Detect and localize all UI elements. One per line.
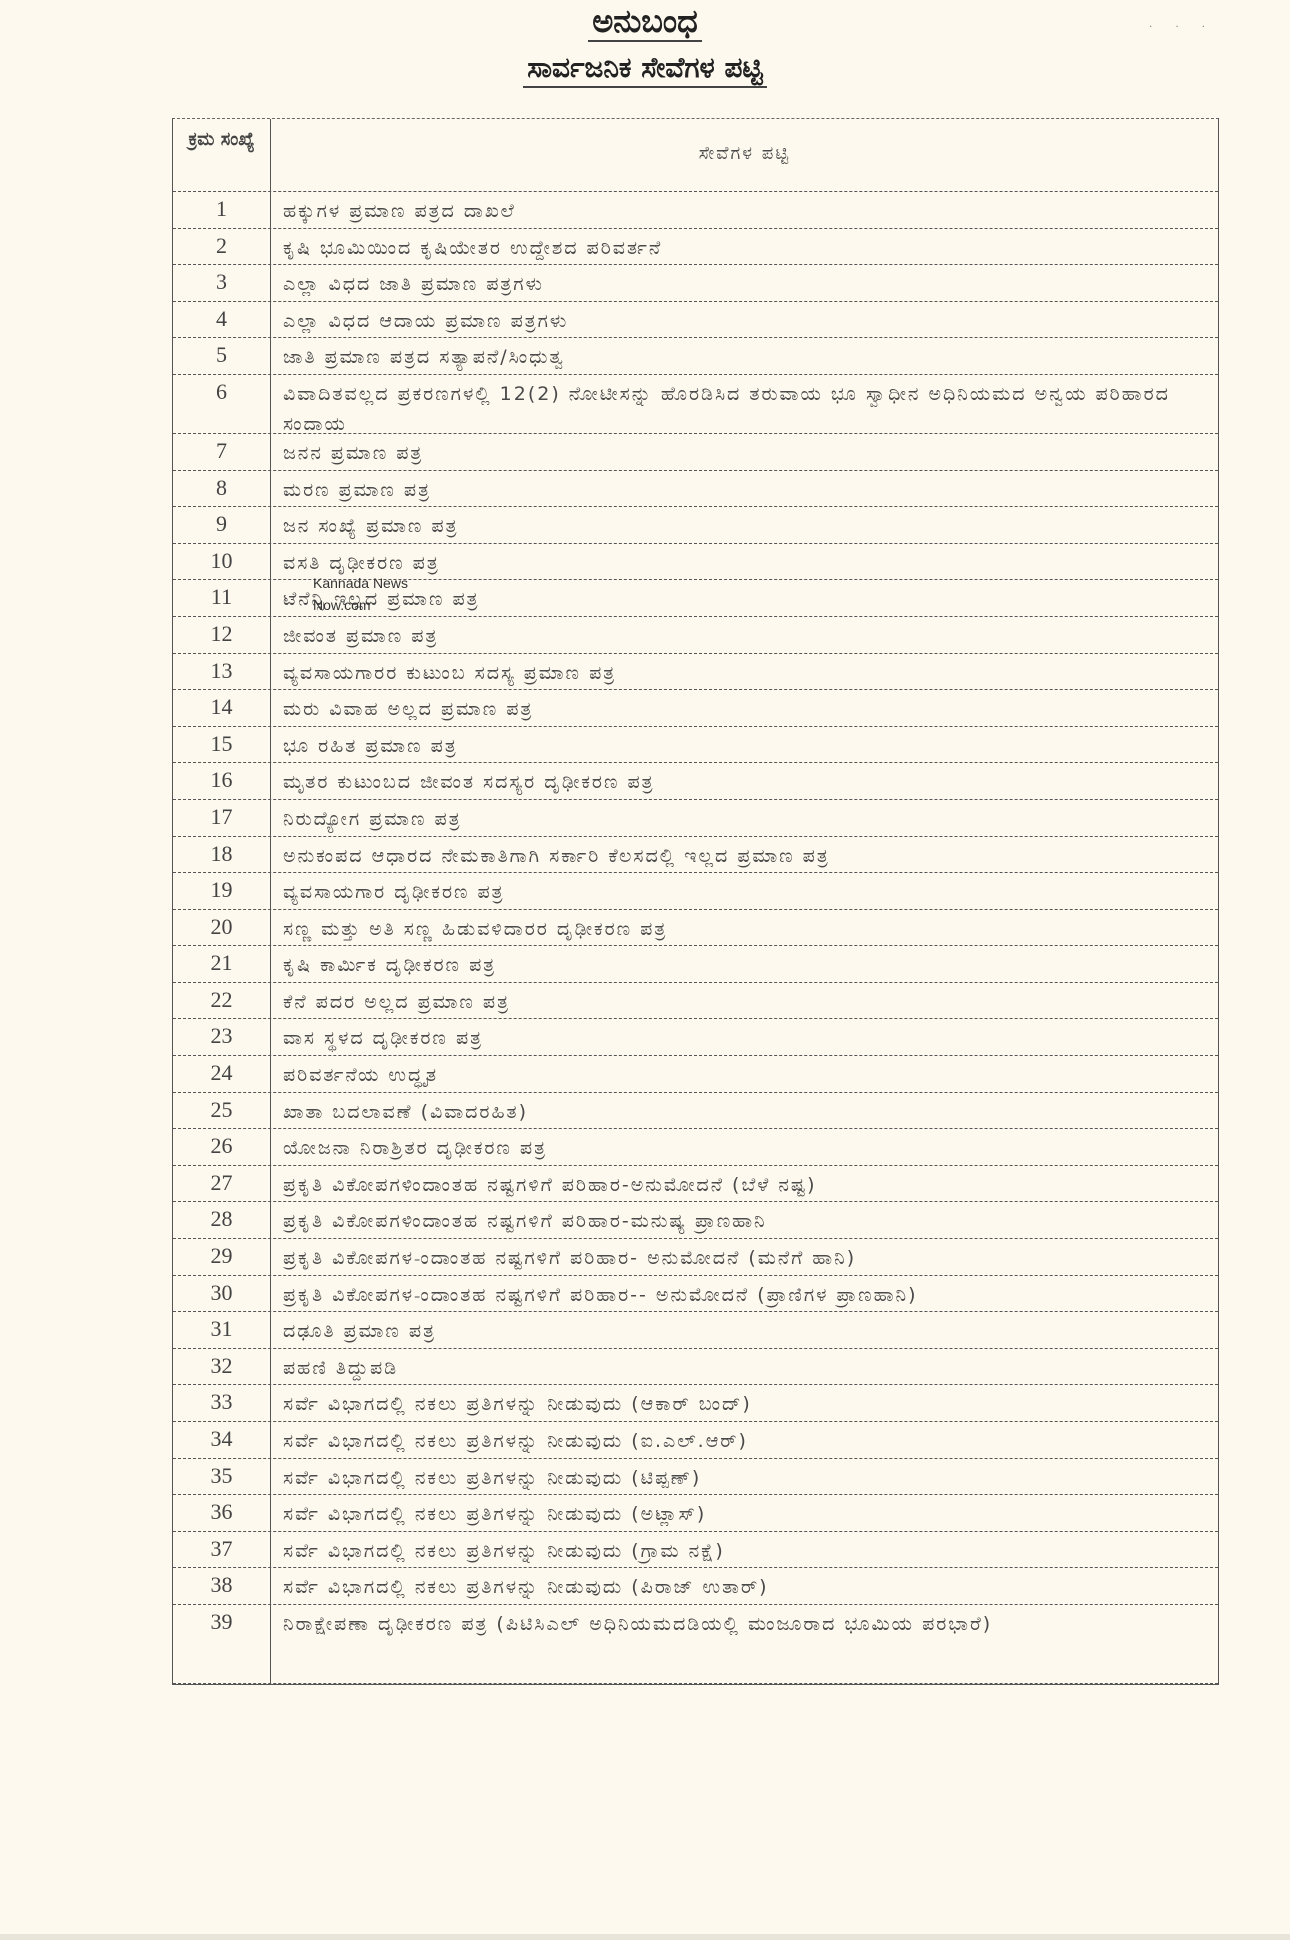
service-name: ನಿರುದ್ಯೋಗ ಪ್ರಮಾಣ ಪತ್ರ: [271, 800, 1218, 836]
watermark-line-2: Now.com: [313, 594, 408, 616]
table-row: 23ವಾಸ ಸ್ಥಳದ ದೃಢೀಕರಣ ಪತ್ರ: [173, 1019, 1218, 1056]
table-row: 30ಪ್ರಕೃತಿ ವಿಕೋಪಗಳ-ಂದಾಂತಹ ನಷ್ಟಗಳಿಗೆ ಪರಿಹಾ…: [173, 1276, 1218, 1313]
serial-number: 23: [173, 1019, 271, 1055]
table-row: 24ಪರಿವರ್ತನೆಯ ಉದ್ಧೃತ: [173, 1056, 1218, 1093]
table-row: 14ಮರು ವಿವಾಹ ಅಲ್ಲದ ಪ್ರಮಾಣ ಪತ್ರ: [173, 690, 1218, 727]
table-row: 1ಹಕ್ಕುಗಳ ಪ್ರಮಾಣ ಪತ್ರದ ದಾಖಲೆ: [173, 192, 1218, 229]
service-name: ಕೃಷಿ ಭೂಮಿಯಿಂದ ಕೃಷಿಯೇತರ ಉದ್ದೇಶದ ಪರಿವರ್ತನೆ: [271, 229, 1218, 265]
serial-number: 37: [173, 1532, 271, 1568]
serial-number: 29: [173, 1239, 271, 1275]
table-row: 25ಖಾತಾ ಬದಲಾವಣೆ (ವಿವಾದರಹಿತ): [173, 1093, 1218, 1130]
table-row: 2ಕೃಷಿ ಭೂಮಿಯಿಂದ ಕೃಷಿಯೇತರ ಉದ್ದೇಶದ ಪರಿವರ್ತನ…: [173, 229, 1218, 266]
table-row: 9ಜನ ಸಂಖ್ಯೆ ಪ್ರಮಾಣ ಪತ್ರ: [173, 507, 1218, 544]
service-name: ಜನನ ಪ್ರಮಾಣ ಪತ್ರ: [271, 434, 1218, 470]
serial-number: 15: [173, 727, 271, 763]
table-row: 35ಸರ್ವೆ ವಿಭಾಗದಲ್ಲಿ ನಕಲು ಪ್ರತಿಗಳನ್ನು ನೀಡು…: [173, 1459, 1218, 1496]
service-name: ಭೂ ರಹಿತ ಪ್ರಮಾಣ ಪತ್ರ: [271, 727, 1218, 763]
table-row: 39ನಿರಾಕ್ಷೇಪಣಾ ದೃಢೀಕರಣ ಪತ್ರ (ಪಿಟಿಸಿಎಲ್ ಅಧ…: [173, 1605, 1218, 1684]
serial-number: 6: [173, 375, 271, 433]
service-name: ಸರ್ವೆ ವಿಭಾಗದಲ್ಲಿ ನಕಲು ಪ್ರತಿಗಳನ್ನು ನೀಡುವು…: [271, 1495, 1218, 1531]
page-bottom-edge: [0, 1934, 1290, 1940]
serial-number: 33: [173, 1385, 271, 1421]
table-row: 18ಅನುಕಂಪದ ಆಧಾರದ ನೇಮಕಾತಿಗಾಗಿ ಸರ್ಕಾರಿ ಕೆಲಸ…: [173, 837, 1218, 874]
document-subtitle: ಸಾರ್ವಜನಿಕ ಸೇವೆಗಳ ಪಟ್ಟಿ: [0, 50, 1290, 88]
service-name: ಕೆನೆ ಪದರ ಅಲ್ಲದ ಪ್ರಮಾಣ ಪತ್ರ: [271, 983, 1218, 1019]
serial-number: 26: [173, 1129, 271, 1165]
subtitle-text: ಸಾರ್ವಜನಿಕ ಸೇವೆಗಳ ಪಟ್ಟಿ: [523, 50, 766, 88]
service-name: ಟೆನೆನ್ಸಿ ಇಲ್ಲದ ಪ್ರಮಾಣ ಪತ್ರ: [271, 580, 1218, 616]
serial-number: 18: [173, 837, 271, 873]
serial-number: 27: [173, 1166, 271, 1202]
header-serial-number: ಕ್ರಮ ಸಂಖ್ಯೆ: [173, 119, 271, 191]
serial-number: 2: [173, 229, 271, 265]
service-name: ಜನ ಸಂಖ್ಯೆ ಪ್ರಮಾಣ ಪತ್ರ: [271, 507, 1218, 543]
service-name: ಕೃಷಿ ಕಾರ್ಮಿಕ ದೃಢೀಕರಣ ಪತ್ರ: [271, 946, 1218, 982]
table-row: 7ಜನನ ಪ್ರಮಾಣ ಪತ್ರ: [173, 434, 1218, 471]
serial-number: 28: [173, 1202, 271, 1238]
serial-number: 12: [173, 617, 271, 653]
services-table: ಕ್ರಮ ಸಂಖ್ಯೆ ಸೇವೆಗಳ ಪಟ್ಟಿ 1ಹಕ್ಕುಗಳ ಪ್ರಮಾಣ…: [172, 118, 1219, 1685]
table-row: 34ಸರ್ವೆ ವಿಭಾಗದಲ್ಲಿ ನಕಲು ಪ್ರತಿಗಳನ್ನು ನೀಡು…: [173, 1422, 1218, 1459]
table-row: 20ಸಣ್ಣ ಮತ್ತು ಅತಿ ಸಣ್ಣ ಹಿಡುವಳಿದಾರರ ದೃಢೀಕರ…: [173, 910, 1218, 947]
serial-number: 31: [173, 1312, 271, 1348]
serial-number: 10: [173, 544, 271, 580]
service-name: ವಿವಾದಿತವಲ್ಲದ ಪ್ರಕರಣಗಳಲ್ಲಿ 12(2) ನೋಟೀಸನ್ನ…: [271, 375, 1218, 433]
serial-number: 9: [173, 507, 271, 543]
table-row: 28ಪ್ರಕೃತಿ ವಿಕೋಪಗಳಿಂದಾಂತಹ ನಷ್ಟಗಳಿಗೆ ಪರಿಹಾ…: [173, 1202, 1218, 1239]
service-name: ನಿರಾಕ್ಷೇಪಣಾ ದೃಢೀಕರಣ ಪತ್ರ (ಪಿಟಿಸಿಎಲ್ ಅಧಿನ…: [271, 1605, 1218, 1683]
serial-number: 32: [173, 1349, 271, 1385]
service-name: ಪ್ರಕೃತಿ ವಿಕೋಪಗಳ-ಂದಾಂತಹ ನಷ್ಟಗಳಿಗೆ ಪರಿಹಾರ-…: [271, 1239, 1218, 1275]
serial-number: 14: [173, 690, 271, 726]
service-name: ಪರಿವರ್ತನೆಯ ಉದ್ಧೃತ: [271, 1056, 1218, 1092]
service-name: ವ್ಯವಸಾಯಗಾರರ ಕುಟುಂಬ ಸದಸ್ಯ ಪ್ರಮಾಣ ಪತ್ರ: [271, 654, 1218, 690]
serial-number: 17: [173, 800, 271, 836]
service-name: ಸರ್ವೆ ವಿಭಾಗದಲ್ಲಿ ನಕಲು ಪ್ರತಿಗಳನ್ನು ನೀಡುವು…: [271, 1422, 1218, 1458]
document-title: ಅನುಬಂಧ: [0, 2, 1290, 42]
table-row: 36ಸರ್ವೆ ವಿಭಾಗದಲ್ಲಿ ನಕಲು ಪ್ರತಿಗಳನ್ನು ನೀಡು…: [173, 1495, 1218, 1532]
serial-number: 34: [173, 1422, 271, 1458]
table-row: 13ವ್ಯವಸಾಯಗಾರರ ಕುಟುಂಬ ಸದಸ್ಯ ಪ್ರಮಾಣ ಪತ್ರ: [173, 654, 1218, 691]
service-name: ಯೋಜನಾ ನಿರಾಶ್ರಿತರ ದೃಢೀಕರಣ ಪತ್ರ: [271, 1129, 1218, 1165]
service-name: ವ್ಯವಸಾಯಗಾರ ದೃಢೀಕರಣ ಪತ್ರ: [271, 873, 1218, 909]
service-name: ವಾಸ ಸ್ಥಳದ ದೃಢೀಕರಣ ಪತ್ರ: [271, 1019, 1218, 1055]
serial-number: 20: [173, 910, 271, 946]
serial-number: 25: [173, 1093, 271, 1129]
serial-number: 24: [173, 1056, 271, 1092]
service-name: ಖಾತಾ ಬದಲಾವಣೆ (ವಿವಾದರಹಿತ): [271, 1093, 1218, 1129]
watermark-line-1: Kannada News: [313, 572, 408, 594]
service-name: ಪಹಣಿ ತಿದ್ದುಪಡಿ: [271, 1349, 1218, 1385]
service-name: ಪ್ರಕೃತಿ ವಿಕೋಪಗಳಿಂದಾಂತಹ ನಷ್ಟಗಳಿಗೆ ಪರಿಹಾರ-…: [271, 1166, 1218, 1202]
table-row: 6ವಿವಾದಿತವಲ್ಲದ ಪ್ರಕರಣಗಳಲ್ಲಿ 12(2) ನೋಟೀಸನ್…: [173, 375, 1218, 434]
service-name: ದಢೂತಿ ಪ್ರಮಾಣ ಪತ್ರ: [271, 1312, 1218, 1348]
table-row: 4ಎಲ್ಲಾ ವಿಧದ ಆದಾಯ ಪ್ರಮಾಣ ಪತ್ರಗಳು: [173, 302, 1218, 339]
service-name: ಸರ್ವೆ ವಿಭಾಗದಲ್ಲಿ ನಕಲು ಪ್ರತಿಗಳನ್ನು ನೀಡುವು…: [271, 1459, 1218, 1495]
serial-number: 8: [173, 471, 271, 507]
table-row: 21ಕೃಷಿ ಕಾರ್ಮಿಕ ದೃಢೀಕರಣ ಪತ್ರ: [173, 946, 1218, 983]
serial-number: 13: [173, 654, 271, 690]
table-row: 31ದಢೂತಿ ಪ್ರಮಾಣ ಪತ್ರ: [173, 1312, 1218, 1349]
serial-number: 11: [173, 580, 271, 616]
table-row: 17ನಿರುದ್ಯೋಗ ಪ್ರಮಾಣ ಪತ್ರ: [173, 800, 1218, 837]
table-row: 16ಮೃತರ ಕುಟುಂಬದ ಜೀವಂತ ಸದಸ್ಯರ ದೃಢೀಕರಣ ಪತ್ರ: [173, 763, 1218, 800]
serial-number: 19: [173, 873, 271, 909]
header-services-list: ಸೇವೆಗಳ ಪಟ್ಟಿ: [271, 119, 1218, 191]
serial-number: 35: [173, 1459, 271, 1495]
service-name: ವಸತಿ ದೃಢೀಕರಣ ಪತ್ರ: [271, 544, 1218, 580]
serial-number: 3: [173, 265, 271, 301]
service-name: ಜೀವಂತ ಪ್ರಮಾಣ ಪತ್ರ: [271, 617, 1218, 653]
table-row: 5ಜಾತಿ ಪ್ರಮಾಣ ಪತ್ರದ ಸತ್ಯಾಪನೆ/ಸಿಂಧುತ್ವ: [173, 338, 1218, 375]
service-name: ಎಲ್ಲಾ ವಿಧದ ಜಾತಿ ಪ್ರಮಾಣ ಪತ್ರಗಳು: [271, 265, 1218, 301]
service-name: ಅನುಕಂಪದ ಆಧಾರದ ನೇಮಕಾತಿಗಾಗಿ ಸರ್ಕಾರಿ ಕೆಲಸದಲ…: [271, 837, 1218, 873]
service-name: ಸರ್ವೆ ವಿಭಾಗದಲ್ಲಿ ನಕಲು ಪ್ರತಿಗಳನ್ನು ನೀಡುವು…: [271, 1568, 1218, 1604]
service-name: ಜಾತಿ ಪ್ರಮಾಣ ಪತ್ರದ ಸತ್ಯಾಪನೆ/ಸಿಂಧುತ್ವ: [271, 338, 1218, 374]
table-row: 15ಭೂ ರಹಿತ ಪ್ರಮಾಣ ಪತ್ರ: [173, 727, 1218, 764]
service-name: ಮರು ವಿವಾಹ ಅಲ್ಲದ ಪ್ರಮಾಣ ಪತ್ರ: [271, 690, 1218, 726]
table-row: 3ಎಲ್ಲಾ ವಿಧದ ಜಾತಿ ಪ್ರಮಾಣ ಪತ್ರಗಳು: [173, 265, 1218, 302]
serial-number: 21: [173, 946, 271, 982]
table-header-row: ಕ್ರಮ ಸಂಖ್ಯೆ ಸೇವೆಗಳ ಪಟ್ಟಿ: [173, 119, 1218, 192]
table-row: 32ಪಹಣಿ ತಿದ್ದುಪಡಿ: [173, 1349, 1218, 1386]
service-name: ಮರಣ ಪ್ರಮಾಣ ಪತ್ರ: [271, 471, 1218, 507]
service-name: ಪ್ರಕೃತಿ ವಿಕೋಪಗಳ-ಂದಾಂತಹ ನಷ್ಟಗಳಿಗೆ ಪರಿಹಾರ-…: [271, 1276, 1218, 1312]
service-name: ಸರ್ವೆ ವಿಭಾಗದಲ್ಲಿ ನಕಲು ಪ್ರತಿಗಳನ್ನು ನೀಡುವು…: [271, 1385, 1218, 1421]
service-name: ಸಣ್ಣ ಮತ್ತು ಅತಿ ಸಣ್ಣ ಹಿಡುವಳಿದಾರರ ದೃಢೀಕರಣ …: [271, 910, 1218, 946]
table-row: 8ಮರಣ ಪ್ರಮಾಣ ಪತ್ರ: [173, 471, 1218, 508]
serial-number: 30: [173, 1276, 271, 1312]
serial-number: 36: [173, 1495, 271, 1531]
service-name: ಸರ್ವೆ ವಿಭಾಗದಲ್ಲಿ ನಕಲು ಪ್ರತಿಗಳನ್ನು ನೀಡುವು…: [271, 1532, 1218, 1568]
service-name: ಮೃತರ ಕುಟುಂಬದ ಜೀವಂತ ಸದಸ್ಯರ ದೃಢೀಕರಣ ಪತ್ರ: [271, 763, 1218, 799]
serial-number: 38: [173, 1568, 271, 1604]
service-name: ಪ್ರಕೃತಿ ವಿಕೋಪಗಳಿಂದಾಂತಹ ನಷ್ಟಗಳಿಗೆ ಪರಿಹಾರ-…: [271, 1202, 1218, 1238]
table-row: 29ಪ್ರಕೃತಿ ವಿಕೋಪಗಳ-ಂದಾಂತಹ ನಷ್ಟಗಳಿಗೆ ಪರಿಹಾ…: [173, 1239, 1218, 1276]
table-row: 37ಸರ್ವೆ ವಿಭಾಗದಲ್ಲಿ ನಕಲು ಪ್ರತಿಗಳನ್ನು ನೀಡು…: [173, 1532, 1218, 1569]
table-row: 19ವ್ಯವಸಾಯಗಾರ ದೃಢೀಕರಣ ಪತ್ರ: [173, 873, 1218, 910]
table-row: 27ಪ್ರಕೃತಿ ವಿಕೋಪಗಳಿಂದಾಂತಹ ನಷ್ಟಗಳಿಗೆ ಪರಿಹಾ…: [173, 1166, 1218, 1203]
serial-number: 16: [173, 763, 271, 799]
table-row: 26ಯೋಜನಾ ನಿರಾಶ್ರಿತರ ದೃಢೀಕರಣ ಪತ್ರ: [173, 1129, 1218, 1166]
serial-number: 39: [173, 1605, 271, 1683]
table-row: 12ಜೀವಂತ ಪ್ರಮಾಣ ಪತ್ರ: [173, 617, 1218, 654]
service-name: ಎಲ್ಲಾ ವಿಧದ ಆದಾಯ ಪ್ರಮಾಣ ಪತ್ರಗಳು: [271, 302, 1218, 338]
serial-number: 5: [173, 338, 271, 374]
serial-number: 22: [173, 983, 271, 1019]
serial-number: 4: [173, 302, 271, 338]
serial-number: 7: [173, 434, 271, 470]
table-row: 22ಕೆನೆ ಪದರ ಅಲ್ಲದ ಪ್ರಮಾಣ ಪತ್ರ: [173, 983, 1218, 1020]
service-name: ಹಕ್ಕುಗಳ ಪ್ರಮಾಣ ಪತ್ರದ ದಾಖಲೆ: [271, 192, 1218, 228]
table-row: 38ಸರ್ವೆ ವಿಭಾಗದಲ್ಲಿ ನಕಲು ಪ್ರತಿಗಳನ್ನು ನೀಡು…: [173, 1568, 1218, 1605]
serial-number: 1: [173, 192, 271, 228]
watermark: Kannada News Now.com: [313, 572, 408, 616]
table-row: 33ಸರ್ವೆ ವಿಭಾಗದಲ್ಲಿ ನಕಲು ಪ್ರತಿಗಳನ್ನು ನೀಡು…: [173, 1385, 1218, 1422]
title-text: ಅನುಬಂಧ: [588, 2, 702, 42]
